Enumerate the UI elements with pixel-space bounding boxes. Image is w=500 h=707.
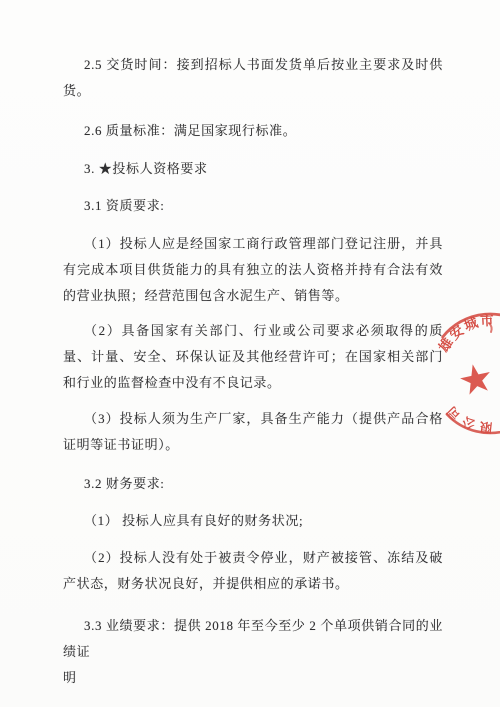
seal-arc-text-top: 雄安城市 [435,312,495,355]
seal-partial-character-mark [489,323,492,332]
paragraph-quality-standard: 2.6 质量标准：满足国家现行标准。 [63,118,443,144]
heading-qualification-requirements: 3.1 资质要求: [63,193,443,219]
heading-financial-requirements: 3.2 财务要求: [63,471,443,497]
paragraph-financial-1: （1） 投标人应具有良好的财务状况; [63,508,443,534]
paragraph-financial-2: （2）投标人没有处于被责令停业，财产被接管、冻结及破产状态，财务状况良好，并提供… [63,545,443,597]
document-body: 2.5 交货时间：接到招标人书面发货单后按业主要求及时供货。 2.6 质量标准：… [63,52,443,691]
paragraph-performance-wrap: 明 [63,665,443,691]
seal-arc-text-bottom: 限公司 [442,401,493,435]
paragraph-delivery-time: 2.5 交货时间：接到招标人书面发货单后按业主要求及时供货。 [63,52,443,104]
heading-bidder-qualification: 3. ★投标人资格要求 [63,156,443,182]
seal-border-bottom-arc [447,414,500,433]
seal-border-top-arc [443,314,500,337]
paragraph-qualification-3: （3）投标人须为生产厂家，具备生产能力（提供产品合格证明等证书证明）。 [63,406,443,458]
paragraph-performance-requirements: 3.3 业绩要求：提供 2018 年至今至少 2 个单项供销合同的业绩证 [63,613,443,665]
paragraph-qualification-1: （1）投标人应是经国家工商行政管理部门登记注册，并具有完成本项目供货能力的具有独… [63,231,443,309]
paragraph-qualification-2: （2）具备国家有关部门、行业或公司要求必须取得的质量、计量、安全、环保认证及其他… [63,318,443,396]
document-page: 2.5 交货时间：接到招标人书面发货单后按业主要求及时供货。 2.6 质量标准：… [0,0,500,707]
seal-star-icon [458,361,494,396]
